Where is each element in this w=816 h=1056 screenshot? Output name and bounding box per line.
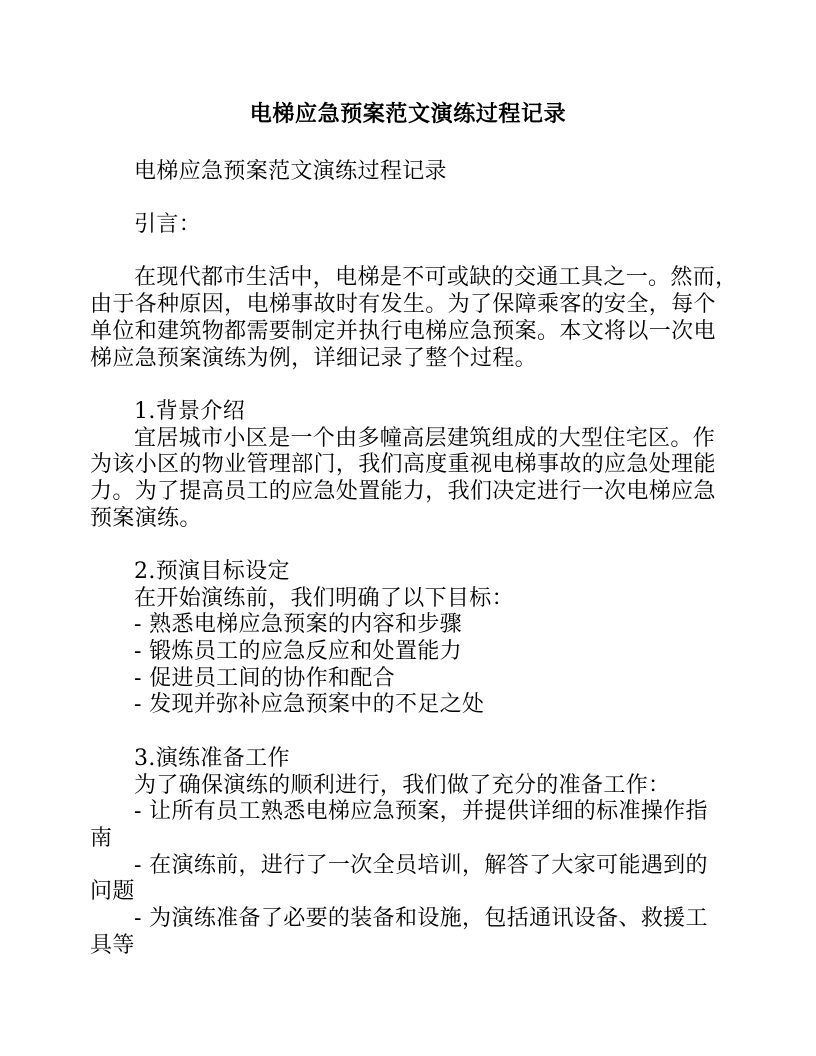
paragraph-line: 为了确保演练的顺利进行，我们做了充分的准备工作： <box>90 773 726 800</box>
blank-line <box>90 719 726 746</box>
paragraph-line: 预案演练。 <box>90 506 726 533</box>
blank-line <box>90 372 726 399</box>
list-item: - 发现并弥补应急预案中的不足之处 <box>90 692 726 719</box>
paragraph-line: 在现代都市生活中，电梯是不可或缺的交通工具之一。然而， <box>90 265 726 292</box>
document-subtitle: 电梯应急预案范文演练过程记录 <box>90 159 726 186</box>
paragraph-line: 为该小区的物业管理部门，我们高度重视电梯事故的应急处理能 <box>90 452 726 479</box>
intro-label: 引言： <box>90 212 726 239</box>
blank-line <box>90 185 726 212</box>
paragraph-line: 宜居城市小区是一个由多幢高层建筑组成的大型住宅区。作 <box>90 426 726 453</box>
list-item: - 为演练准备了必要的装备和设施，包括通讯设备、救援工 <box>90 906 726 933</box>
document-page: 电梯应急预案范文演练过程记录 电梯应急预案范文演练过程记录 引言： 在现代都市生… <box>0 0 816 1056</box>
spacer <box>90 128 726 159</box>
paragraph-line: 单位和建筑物都需要制定并执行电梯应急预案。本文将以一次电 <box>90 319 726 346</box>
list-item-continuation: 具等 <box>90 933 726 960</box>
list-item-continuation: 南 <box>90 826 726 853</box>
blank-line <box>90 532 726 559</box>
section-2-goals: 2.预演目标设定 在开始演练前，我们明确了以下目标： - 熟悉电梯应急预案的内容… <box>90 559 726 719</box>
list-item: - 锻炼员工的应急反应和处置能力 <box>90 639 726 666</box>
list-item-continuation: 问题 <box>90 879 726 906</box>
list-item: - 让所有员工熟悉电梯应急预案，并提供详细的标准操作指 <box>90 799 726 826</box>
blank-line <box>90 239 726 266</box>
paragraph-line: 力。为了提高员工的应急处置能力，我们决定进行一次电梯应急 <box>90 479 726 506</box>
section-heading: 2.预演目标设定 <box>90 559 726 586</box>
document-title: 电梯应急预案范文演练过程记录 <box>90 101 726 128</box>
intro-paragraph: 在现代都市生活中，电梯是不可或缺的交通工具之一。然而， 由于各种原因，电梯事故时… <box>90 265 726 372</box>
list-item: - 促进员工间的协作和配合 <box>90 666 726 693</box>
section-heading: 3.演练准备工作 <box>90 746 726 773</box>
paragraph-line: 由于各种原因，电梯事故时有发生。为了保障乘客的安全，每个 <box>90 292 726 319</box>
list-item: - 在演练前，进行了一次全员培训，解答了大家可能遇到的 <box>90 853 726 880</box>
section-1-background: 1.背景介绍 宜居城市小区是一个由多幢高层建筑组成的大型住宅区。作 为该小区的物… <box>90 399 726 532</box>
section-3-preparation: 3.演练准备工作 为了确保演练的顺利进行，我们做了充分的准备工作： - 让所有员… <box>90 746 726 960</box>
section-heading: 1.背景介绍 <box>90 399 726 426</box>
paragraph-line: 在开始演练前，我们明确了以下目标： <box>90 586 726 613</box>
paragraph-line: 梯应急预案演练为例，详细记录了整个过程。 <box>90 346 726 373</box>
list-item: - 熟悉电梯应急预案的内容和步骤 <box>90 612 726 639</box>
